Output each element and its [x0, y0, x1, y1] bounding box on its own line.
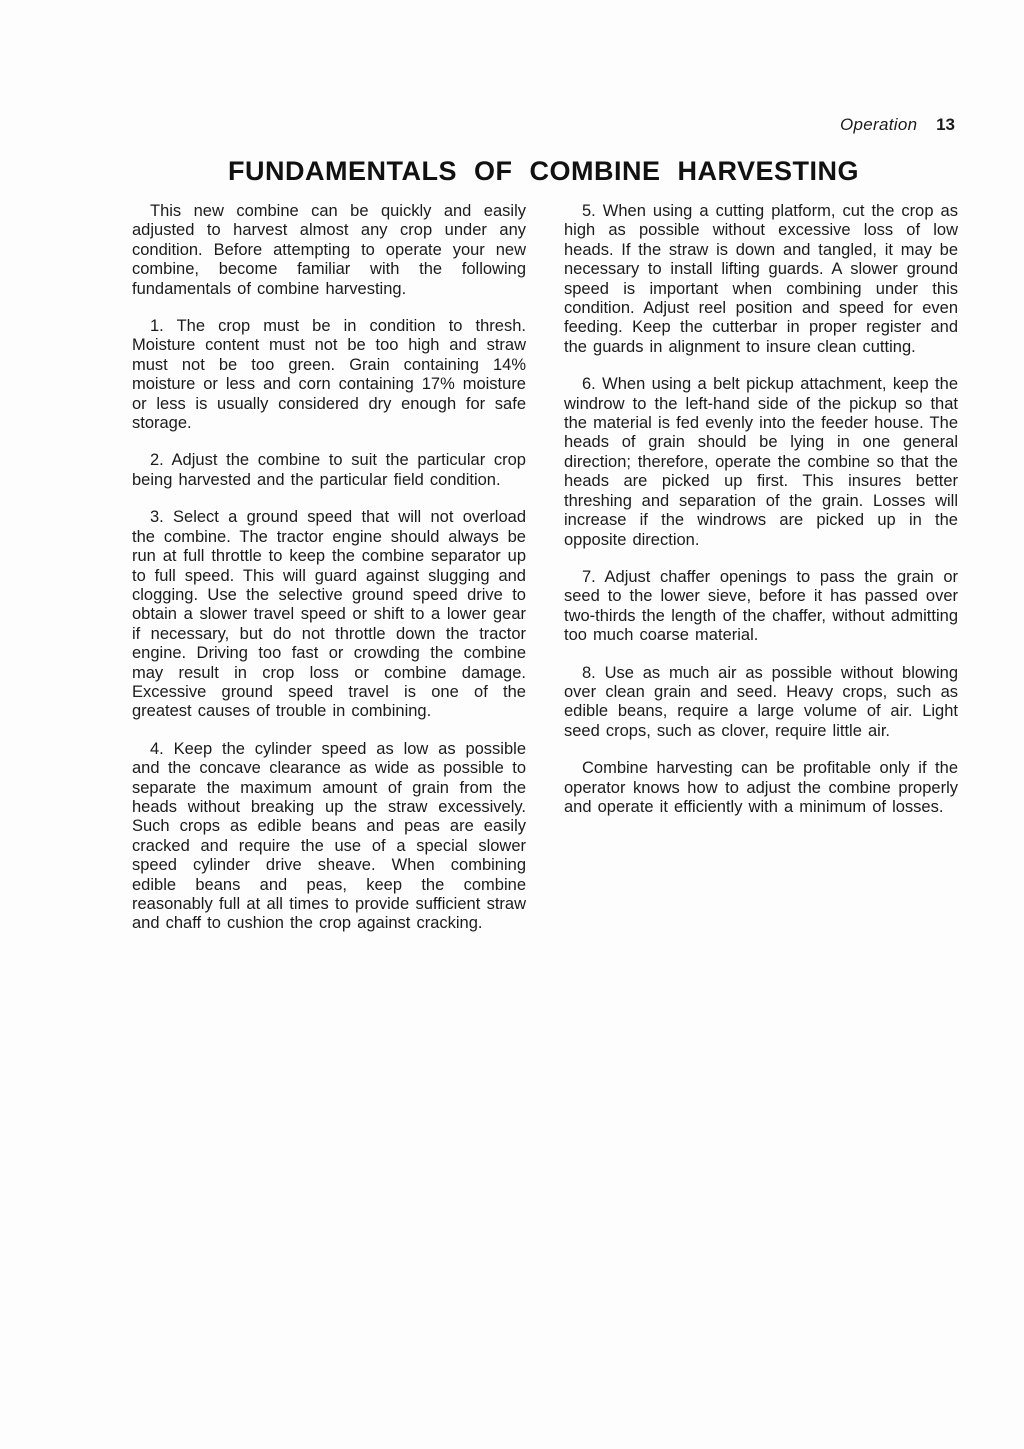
paragraph-item-5: 5. When using a cutting platform, cut th…: [564, 202, 958, 357]
paragraph-item-3: 3. Select a ground speed that will not o…: [132, 508, 526, 721]
paragraph-item-7: 7. Adjust chaffer openings to pass the g…: [564, 568, 958, 646]
page-header: Operation 13: [132, 115, 955, 135]
manual-page: Operation 13 FUNDAMENTALS OF COMBINE HAR…: [0, 0, 1024, 1449]
text-columns: This new combine can be quickly and easi…: [132, 202, 958, 934]
right-column: 5. When using a cutting platform, cut th…: [564, 202, 958, 934]
header-section-label: Operation: [840, 115, 917, 134]
title-row: FUNDAMENTALS OF COMBINE HARVESTING: [132, 156, 955, 187]
header-page-number: 13: [936, 115, 955, 134]
paragraph-item-2: 2. Adjust the combine to suit the partic…: [132, 451, 526, 490]
page-title: FUNDAMENTALS OF COMBINE HARVESTING: [132, 156, 955, 187]
left-column: This new combine can be quickly and easi…: [132, 202, 526, 934]
paragraph-closing: Combine harvesting can be profitable onl…: [564, 759, 958, 817]
paragraph-item-8: 8. Use as much air as possible without b…: [564, 664, 958, 742]
paragraph-intro: This new combine can be quickly and easi…: [132, 202, 526, 299]
paragraph-item-6: 6. When using a belt pickup attachment, …: [564, 375, 958, 550]
paragraph-item-1: 1. The crop must be in condition to thre…: [132, 317, 526, 433]
paragraph-item-4: 4. Keep the cylinder speed as low as pos…: [132, 740, 526, 934]
